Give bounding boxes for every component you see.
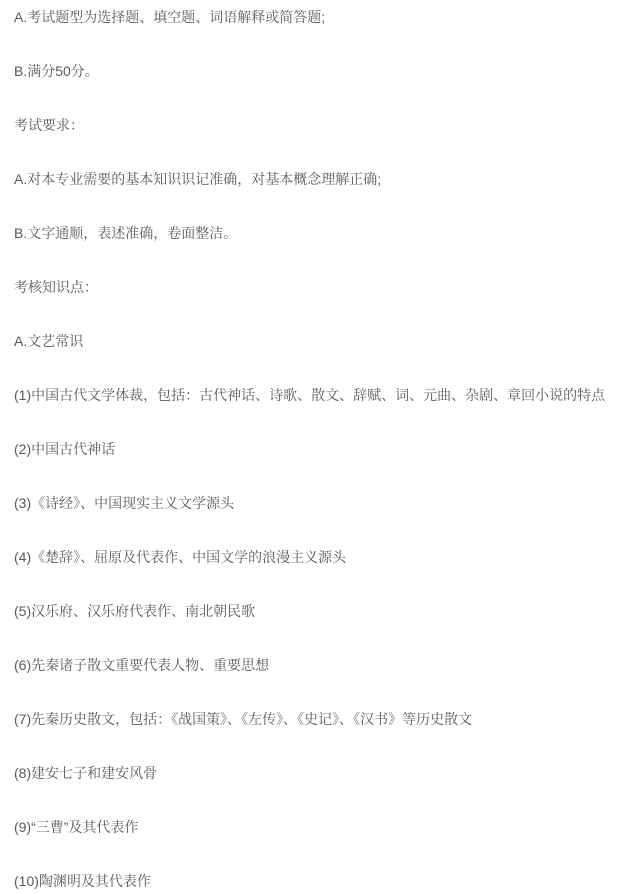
paragraph-knowledge-point-7: (7)先秦历史散文，包括：《战国策》、《左传》、《史记》、《汉书》等历史散文 <box>14 709 632 730</box>
paragraph-section-a-literary-knowledge: A.文艺常识 <box>14 331 632 352</box>
article-body: A.考试题型为选择题、填空题、词语解释或简答题; B.满分50分。 考试要求： … <box>0 0 636 892</box>
paragraph-exam-requirements-heading: 考试要求： <box>14 115 632 136</box>
paragraph-exam-full-score: B.满分50分。 <box>14 61 632 82</box>
paragraph-knowledge-point-5: (5)汉乐府、汉乐府代表作、南北朝民歌 <box>14 601 632 622</box>
paragraph-knowledge-point-3: (3)《诗经》、中国现实主义文学源头 <box>14 493 632 514</box>
paragraph-requirement-b: B.文字通顺，表述准确，卷面整洁。 <box>14 223 632 244</box>
paragraph-knowledge-point-1: (1)中国古代文学体裁，包括：古代神话、诗歌、散文、辞赋、词、元曲、杂剧、章回小… <box>14 385 632 406</box>
paragraph-knowledge-point-10: (10)陶渊明及其代表作 <box>14 871 632 892</box>
paragraph-requirement-a: A.对本专业需要的基本知识识记准确，对基本概念理解正确; <box>14 169 632 190</box>
paragraph-knowledge-point-4: (4)《楚辞》、屈原及代表作、中国文学的浪漫主义源头 <box>14 547 632 568</box>
paragraph-knowledge-point-6: (6)先秦诸子散文重要代表人物、重要思想 <box>14 655 632 676</box>
paragraph-knowledge-point-9: (9)“三曹”及其代表作 <box>14 817 632 838</box>
paragraph-knowledge-point-8: (8)建安七子和建安风骨 <box>14 763 632 784</box>
paragraph-knowledge-points-heading: 考核知识点： <box>14 277 632 298</box>
paragraph-exam-question-types: A.考试题型为选择题、填空题、词语解释或简答题; <box>14 7 632 28</box>
paragraph-knowledge-point-2: (2)中国古代神话 <box>14 439 632 460</box>
